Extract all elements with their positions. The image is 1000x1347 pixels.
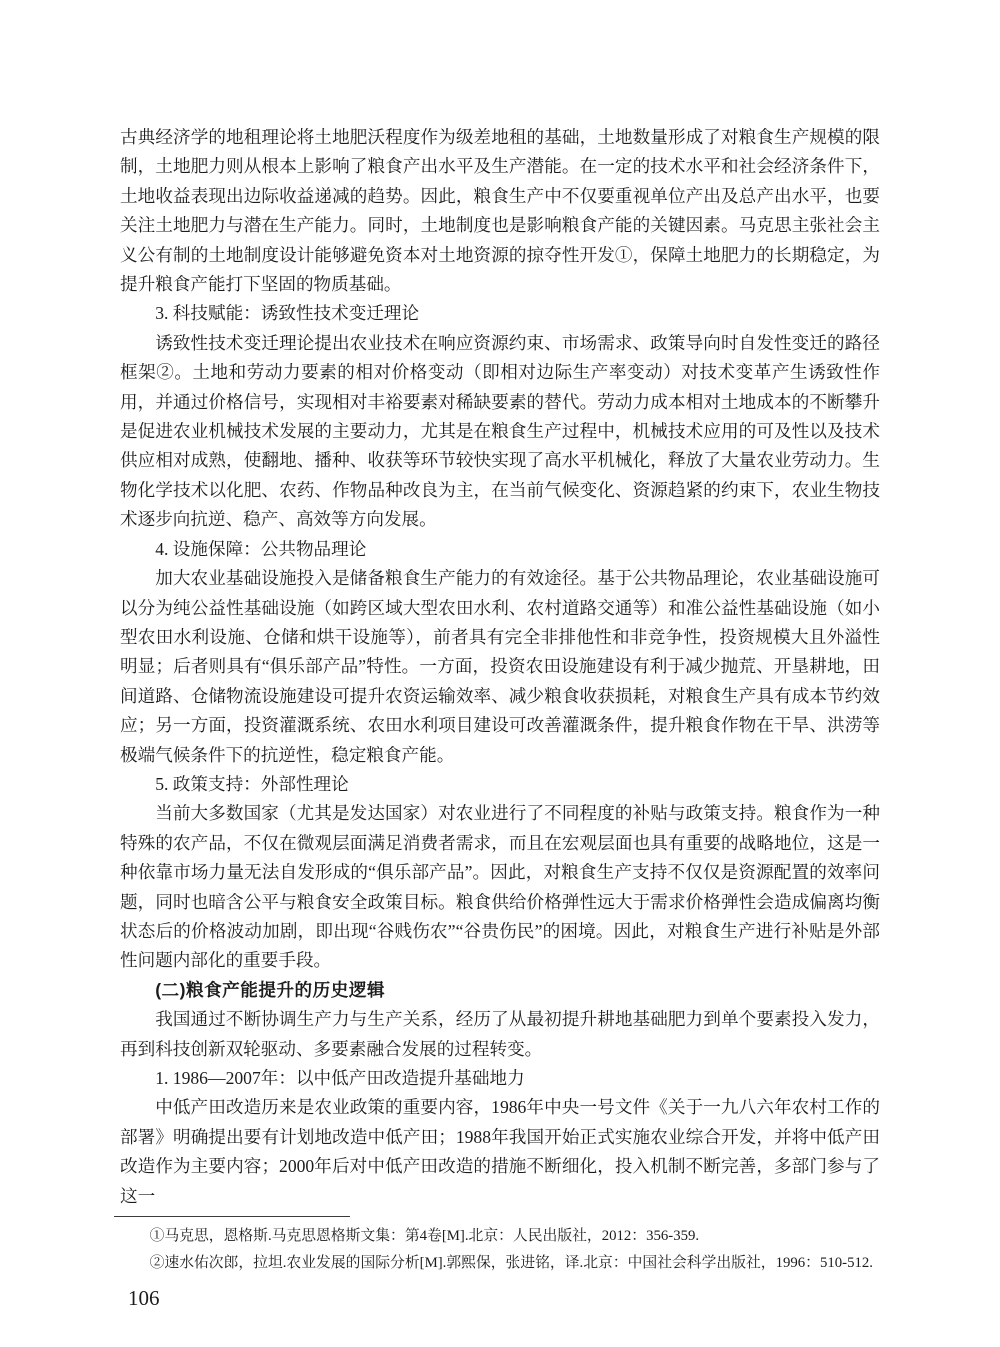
subsection-heading-5: 5. 政策支持：外部性理论 xyxy=(120,770,880,799)
body-paragraph: 诱致性技术变迁理论提出农业技术在响应资源约束、市场需求、政策导向时自发性变迁的路… xyxy=(120,329,880,535)
body-paragraph: 加大农业基础设施投入是储备粮食生产能力的有效途径。基于公共物品理论，农业基础设施… xyxy=(120,564,880,770)
body-paragraph: 我国通过不断协调生产力与生产关系，经历了从最初提升耕地基础肥力到单个要素投入发力… xyxy=(120,1005,880,1064)
subsection-heading-1986-2007: 1. 1986—2007年：以中低产田改造提升基础地力 xyxy=(120,1064,880,1093)
body-paragraph: 当前大多数国家（尤其是发达国家）对农业进行了不同程度的补贴与政策支持。粮食作为一… xyxy=(120,799,880,975)
paper-page: 古典经济学的地租理论将土地肥沃程度作为级差地租的基础，土地数量形成了对粮食生产规… xyxy=(0,0,1000,1347)
body-paragraph: 中低产田改造历来是农业政策的重要内容，1986年中央一号文件《关于一九八六年农村… xyxy=(120,1093,880,1211)
article-body: 古典经济学的地租理论将土地肥沃程度作为级差地租的基础，土地数量形成了对粮食生产规… xyxy=(120,123,880,1211)
section-heading-2: (二)粮食产能提升的历史逻辑 xyxy=(120,976,880,1005)
footnotes-block: ①马克思，恩格斯.马克思恩格斯文集：第4卷[M].北京：人民出版社，2012：3… xyxy=(120,1216,880,1276)
footnote-2: ②速水佑次郎，拉坦.农业发展的国际分析[M].郭熙保，张进铭，译.北京：中国社会… xyxy=(120,1250,880,1277)
footnote-separator-rule xyxy=(114,1216,350,1217)
body-paragraph: 古典经济学的地租理论将土地肥沃程度作为级差地租的基础，土地数量形成了对粮食生产规… xyxy=(120,123,880,299)
subsection-heading-4: 4. 设施保障：公共物品理论 xyxy=(120,535,880,564)
subsection-heading-3: 3. 科技赋能：诱致性技术变迁理论 xyxy=(120,299,880,328)
footnote-1: ①马克思，恩格斯.马克思恩格斯文集：第4卷[M].北京：人民出版社，2012：3… xyxy=(120,1223,880,1250)
page-number: 106 xyxy=(128,1286,880,1310)
